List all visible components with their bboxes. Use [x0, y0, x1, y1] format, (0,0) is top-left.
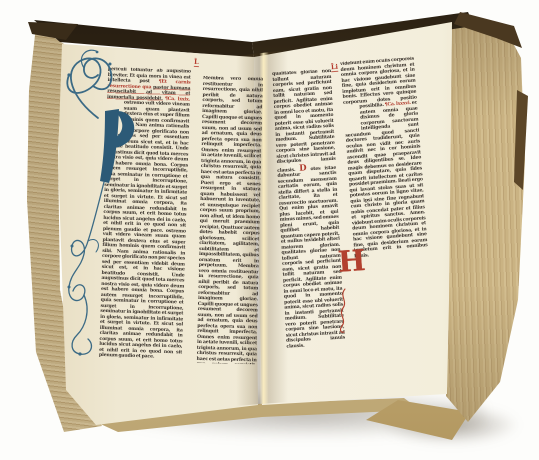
initial-p-text-wrap-spacer — [106, 100, 124, 131]
right-col1-text-continued: qualitates gloriae non tollunt naturam c… — [281, 248, 345, 349]
left-page-column-1: periculi tolluntur ab augustino breviter… — [98, 67, 191, 396]
right-col1-text-after: otes istae dabuntur sanctis secundum men… — [277, 165, 340, 250]
folio-mark-left: L̄ — [194, 59, 199, 67]
left-page-column-2: Membra vero omnia restituentur in resurr… — [196, 76, 262, 364]
folio-mark-right: L̄i — [331, 64, 339, 72]
left-col2-text-continued: Membra vero omnia restituentur in resurr… — [196, 264, 258, 364]
left-col1-body-continued: ostremo vult videre vineam suam quam pla… — [99, 228, 186, 359]
left-col2-text: Membra vero omnia restituentur in resurr… — [199, 76, 263, 269]
red-lombard-initial-h: H — [337, 246, 366, 277]
right-col1-text: qualitates gloriae non tollunt naturam c… — [272, 69, 336, 173]
photograph-open-incunable-book: L̄ L̄i periculi tolluntur ab augustino b… — [0, 0, 539, 460]
initial-h-text-wrap-spacer — [343, 105, 361, 133]
